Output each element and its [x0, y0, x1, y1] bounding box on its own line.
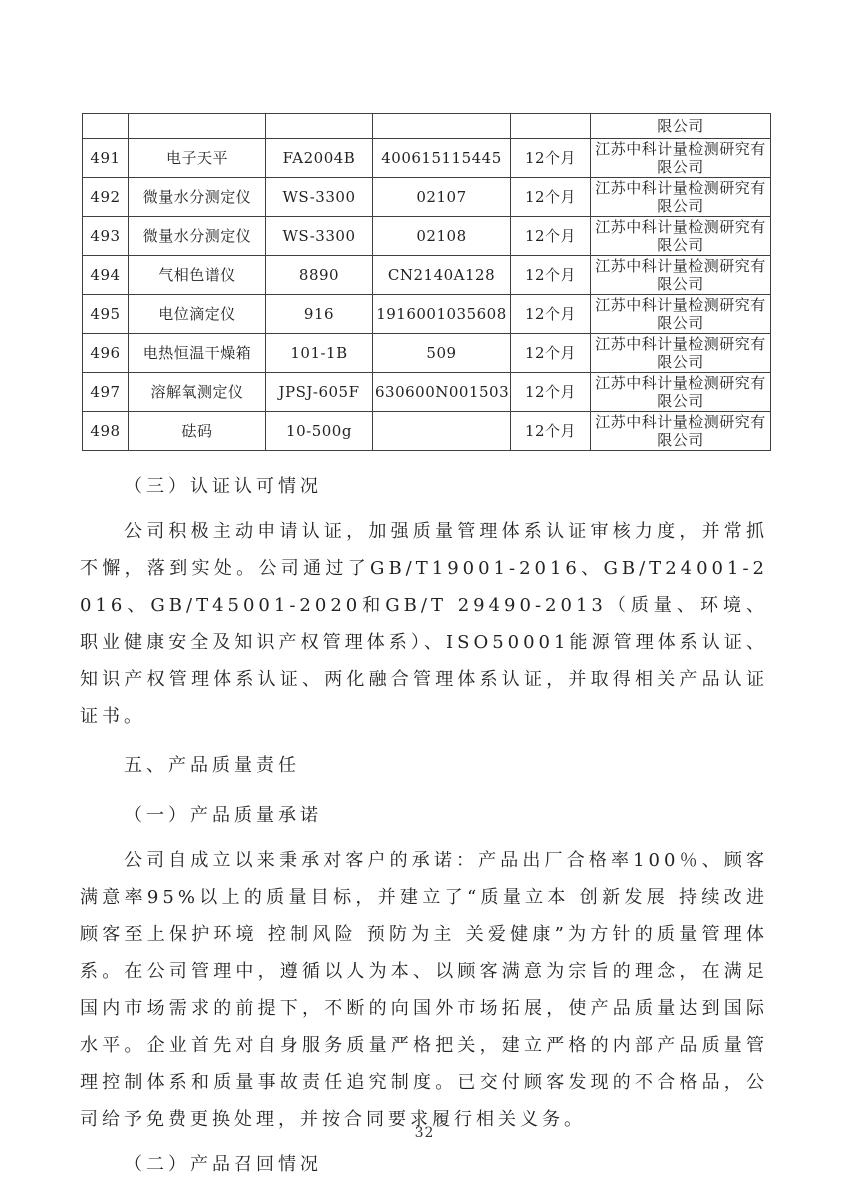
section-heading-quality-commitment: （一）产品质量承诺: [80, 797, 768, 834]
cell-model: 10-500g: [266, 412, 373, 451]
cell-period: 12个月: [511, 412, 591, 451]
cell-no: 498: [83, 412, 129, 451]
cell-period: 12个月: [511, 334, 591, 373]
cell-serial: 02108: [373, 217, 511, 256]
cell-name: 微量水分测定仪: [129, 217, 266, 256]
table-row: 493微量水分测定仪WS-33000210812个月江苏中科计量检测研究有限公司: [83, 217, 771, 256]
cell-no: 493: [83, 217, 129, 256]
table-row: 495电位滴定仪916191600103560812个月江苏中科计量检测研究有限…: [83, 295, 771, 334]
cell-no: 492: [83, 178, 129, 217]
cell-company: 江苏中科计量检测研究有限公司: [591, 373, 771, 412]
cell-period: 12个月: [511, 373, 591, 412]
cell-name: 溶解氧测定仪: [129, 373, 266, 412]
cell-name: 气相色谱仪: [129, 256, 266, 295]
cell-model: 101-1B: [266, 334, 373, 373]
cell-model: [266, 114, 373, 139]
cell-no: [83, 114, 129, 139]
section-heading-product-recall: （二）产品召回情况: [80, 1146, 768, 1183]
cell-serial: 509: [373, 334, 511, 373]
cell-serial: CN2140A128: [373, 256, 511, 295]
cell-period: 12个月: [511, 217, 591, 256]
cell-no: 496: [83, 334, 129, 373]
equipment-table-body: 限公司491电子天平FA2004B40061511544512个月江苏中科计量检…: [83, 114, 771, 451]
cell-serial: 630600N0015030001: [373, 373, 511, 412]
cell-model: WS-3300: [266, 178, 373, 217]
cell-no: 494: [83, 256, 129, 295]
table-row: 498砝码10-500g12个月江苏中科计量检测研究有限公司: [83, 412, 771, 451]
cell-model: JPSJ-605F: [266, 373, 373, 412]
equipment-table: 限公司491电子天平FA2004B40061511544512个月江苏中科计量检…: [82, 113, 771, 451]
cell-name: 电子天平: [129, 139, 266, 178]
cell-name: 电热恒温干燥箱: [129, 334, 266, 373]
cell-model: FA2004B: [266, 139, 373, 178]
cell-period: [511, 114, 591, 139]
section-heading-certification: （三）认证认可情况: [80, 468, 768, 505]
table-row: 492微量水分测定仪WS-33000210712个月江苏中科计量检测研究有限公司: [83, 178, 771, 217]
cell-name: 微量水分测定仪: [129, 178, 266, 217]
cell-company: 江苏中科计量检测研究有限公司: [591, 256, 771, 295]
cell-serial: [373, 412, 511, 451]
table-row: 496电热恒温干燥箱101-1B50912个月江苏中科计量检测研究有限公司: [83, 334, 771, 373]
cell-company: 江苏中科计量检测研究有限公司: [591, 178, 771, 217]
table-row: 限公司: [83, 114, 771, 139]
cell-company: 江苏中科计量检测研究有限公司: [591, 217, 771, 256]
page-number: 32: [0, 1125, 849, 1141]
cell-period: 12个月: [511, 178, 591, 217]
table-row: 497溶解氧测定仪JPSJ-605F630600N001503000112个月江…: [83, 373, 771, 412]
cell-period: 12个月: [511, 139, 591, 178]
cell-company: 江苏中科计量检测研究有限公司: [591, 334, 771, 373]
cell-company: 江苏中科计量检测研究有限公司: [591, 139, 771, 178]
cell-model: 916: [266, 295, 373, 334]
table-row: 494气相色谱仪8890CN2140A12812个月江苏中科计量检测研究有限公司: [83, 256, 771, 295]
cell-name: 砝码: [129, 412, 266, 451]
cell-name: 电位滴定仪: [129, 295, 266, 334]
cell-model: WS-3300: [266, 217, 373, 256]
cell-no: 491: [83, 139, 129, 178]
section-heading-quality-responsibility: 五、产品质量责任: [80, 747, 768, 784]
cell-serial: 400615115445: [373, 139, 511, 178]
cell-company: 限公司: [591, 114, 771, 139]
cell-serial: 02107: [373, 178, 511, 217]
text-body: （三）认证认可情况 公司积极主动申请认证，加强质量管理体系认证审核力度，并常抓不…: [80, 468, 768, 1183]
quality-commitment-paragraph: 公司自成立以来秉承对客户的承诺：产品出厂合格率100％、顾客满意率95%以上的质…: [80, 842, 768, 1138]
document-page: 限公司491电子天平FA2004B40061511544512个月江苏中科计量检…: [0, 0, 849, 1200]
cell-serial: [373, 114, 511, 139]
cell-model: 8890: [266, 256, 373, 295]
table-row: 491电子天平FA2004B40061511544512个月江苏中科计量检测研究…: [83, 139, 771, 178]
cell-name: [129, 114, 266, 139]
certification-paragraph: 公司积极主动申请认证，加强质量管理体系认证审核力度，并常抓不懈，落到实处。公司通…: [80, 513, 768, 735]
cell-period: 12个月: [511, 256, 591, 295]
cell-period: 12个月: [511, 295, 591, 334]
cell-no: 495: [83, 295, 129, 334]
cell-serial: 1916001035608: [373, 295, 511, 334]
cell-company: 江苏中科计量检测研究有限公司: [591, 412, 771, 451]
cell-company: 江苏中科计量检测研究有限公司: [591, 295, 771, 334]
cell-no: 497: [83, 373, 129, 412]
